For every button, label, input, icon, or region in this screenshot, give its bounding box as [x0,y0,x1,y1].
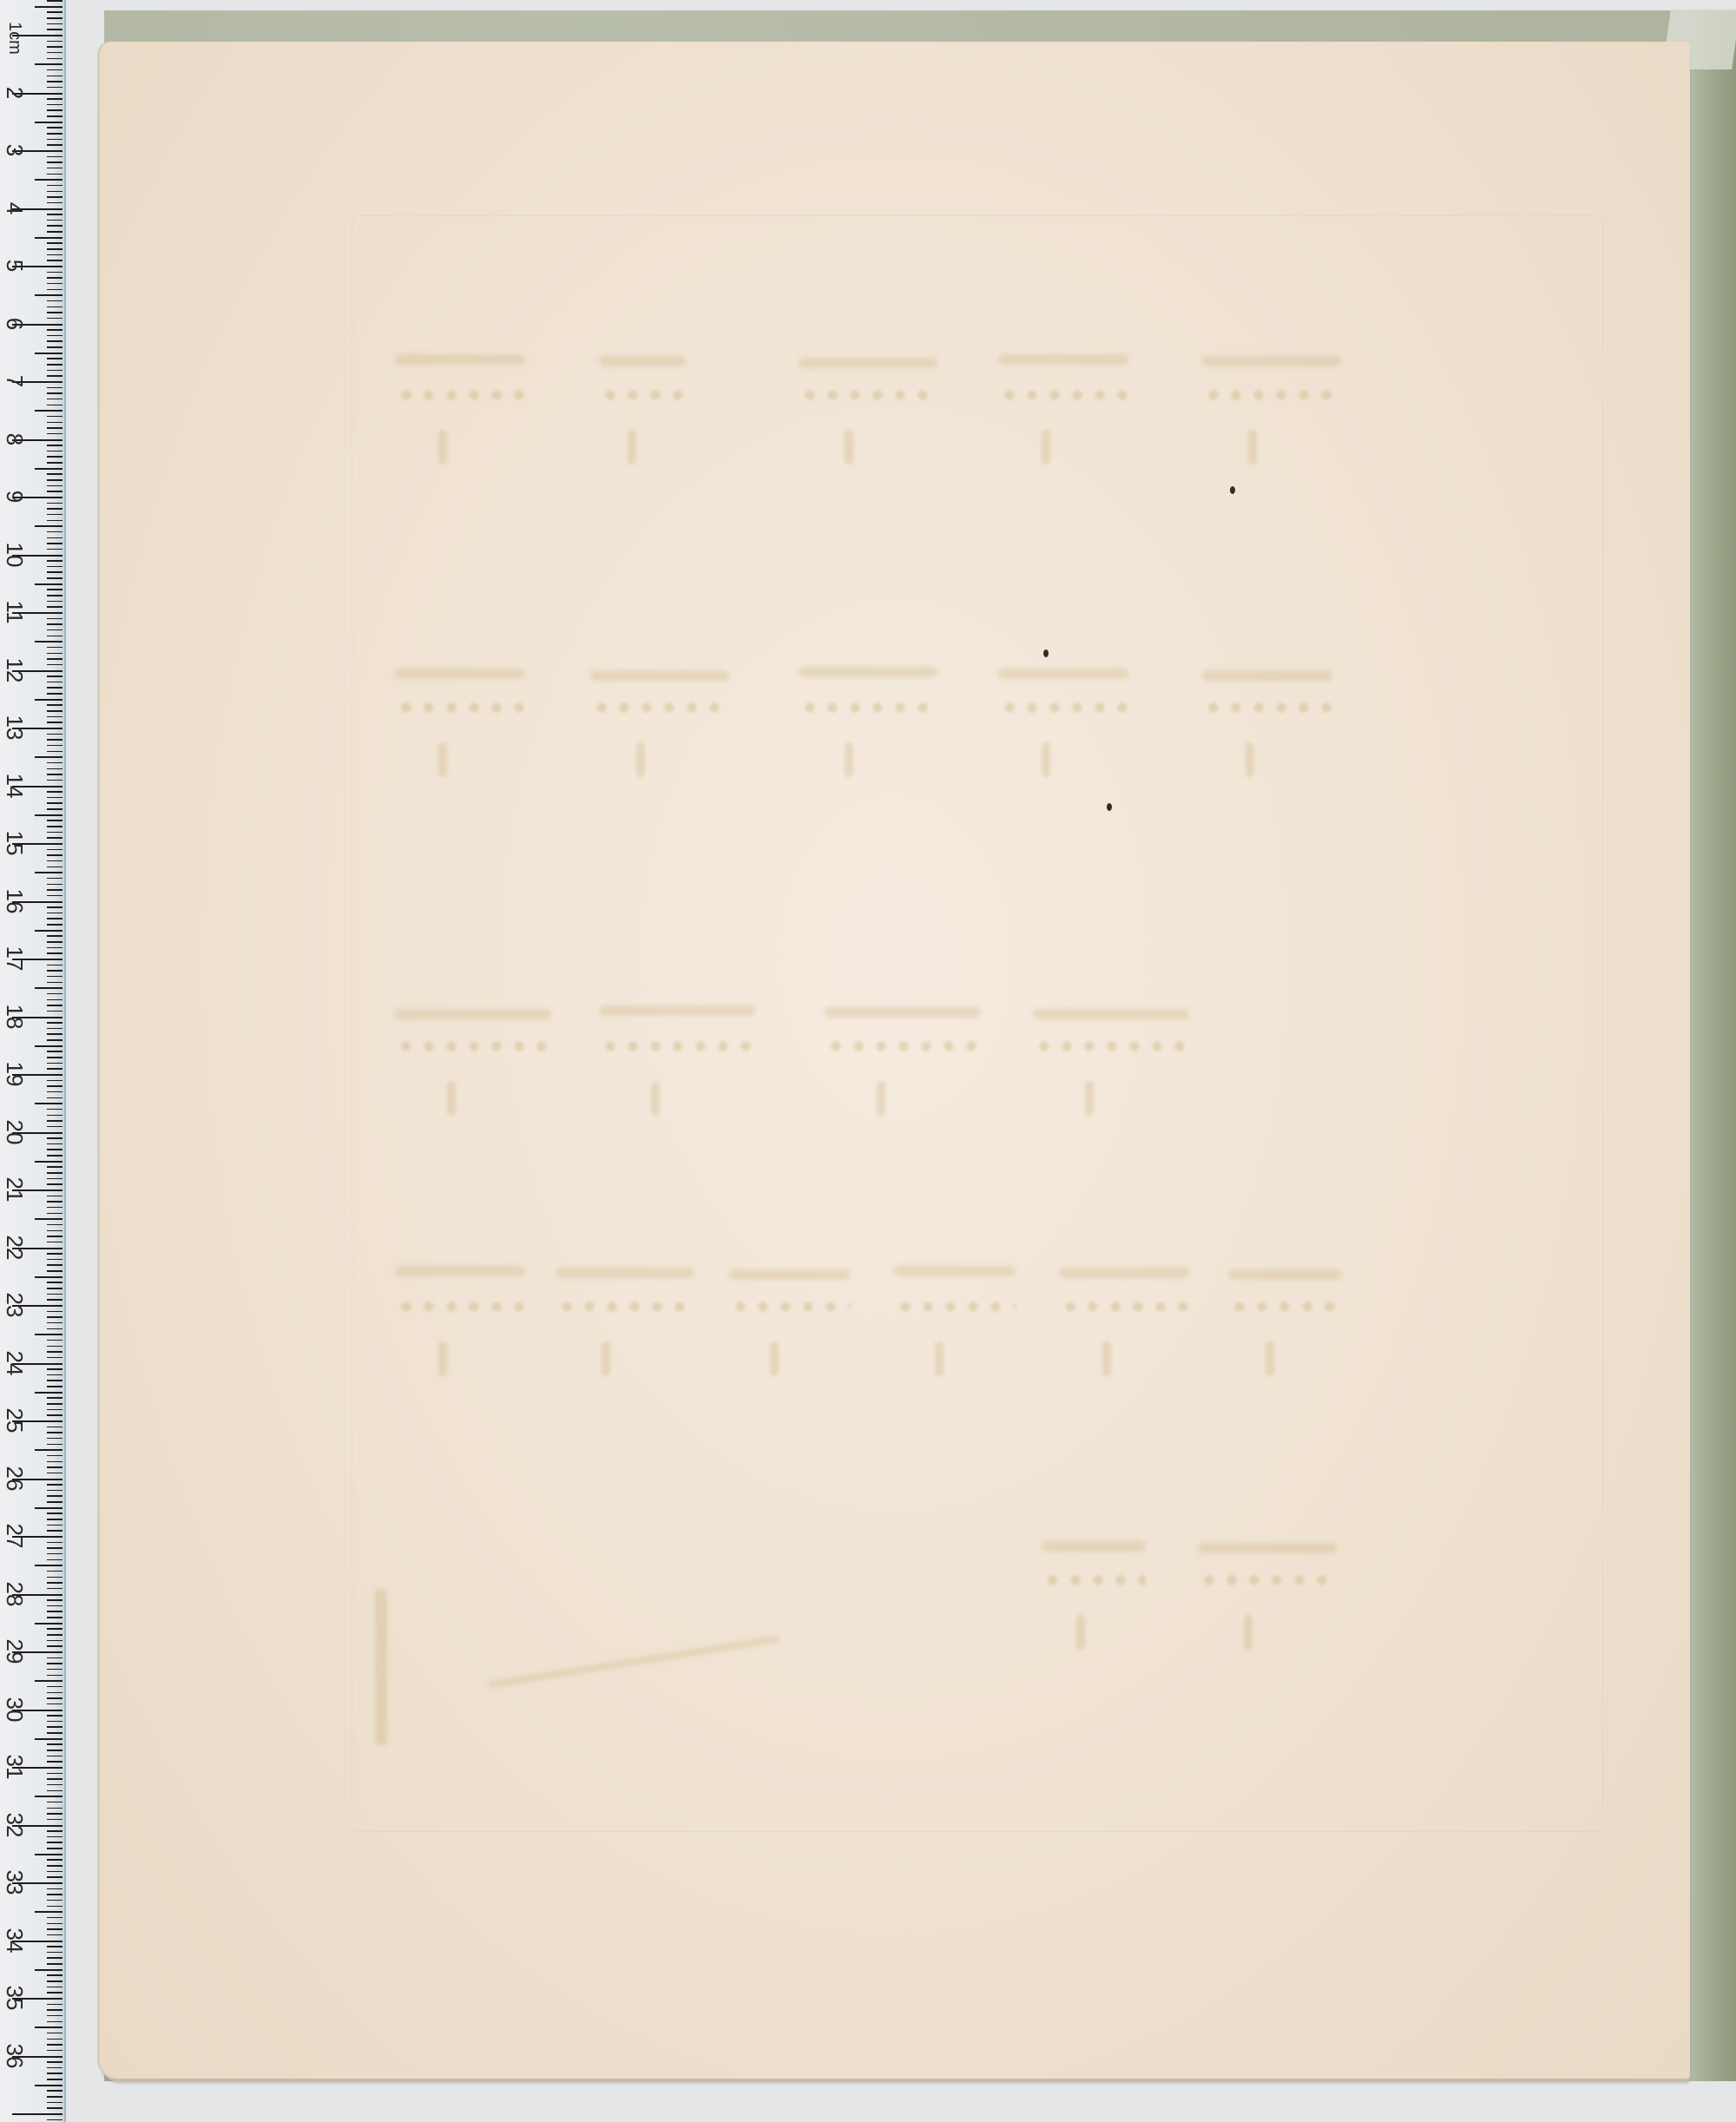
ruler-number: 29 [3,1638,26,1664]
ruler-tick [47,636,62,637]
ruler-tick [47,2021,62,2023]
ruler-tick [35,353,62,354]
ruler-number: 19 [3,1061,26,1087]
ruler-tick [47,2009,62,2011]
ruler-tick [47,1582,62,1584]
ruler-tick [35,1738,62,1740]
ruler-tick [47,1501,62,1503]
ruler-tick [47,1178,62,1180]
stem-show-through [1042,430,1050,465]
beam-show-through [395,669,525,679]
ruler-tick [47,2102,62,2104]
ruler-tick [47,1894,62,1895]
ruler-tick [47,1842,62,1843]
stem-show-through [438,742,447,777]
ruler-tick [47,1946,62,1947]
bracket-show-through [375,1589,387,1745]
ruler-tick [47,69,62,71]
stem-show-through [1085,1081,1094,1116]
ruler-tick [35,930,62,932]
notehead-show-through [590,702,729,714]
ruler-tick [47,1414,62,1416]
beam-show-through [998,354,1128,365]
ruler-number: 25 [3,1407,26,1433]
ruler-tick [35,122,62,123]
ruler-tick [47,854,62,856]
ruler-tick [35,63,62,65]
stem-show-through [1244,1615,1253,1650]
ruler-tick [35,1911,62,1913]
ruler-tick [47,1196,62,1197]
ruler-number: 2 [3,80,26,106]
ruler-tick [47,1704,62,1705]
ruler-tick [47,2044,62,2046]
ruler-tick [47,1259,62,1261]
ruler-tick [47,1022,62,1024]
notehead-show-through [799,702,937,714]
ruler-tick [35,6,62,8]
ruler-tick [47,2004,62,2006]
ruler-tick [47,1213,62,1215]
ruler-tick [47,658,62,660]
ruler-tick [47,225,62,227]
ruler-tick [47,248,62,250]
ruler-tick [35,2085,62,2086]
ruler-tick [47,1380,62,1381]
ruler-tick [47,196,62,198]
ruler-tick [47,399,62,400]
stem-show-through [602,1341,610,1376]
ruler-number: 16 [3,888,26,914]
ruler-tick [47,1461,62,1463]
notehead-show-through [998,702,1128,714]
stem-show-through [1246,742,1254,777]
ruler-tick [47,312,62,313]
ruler-tick [47,1865,62,1867]
ruler-tick [47,935,62,937]
ruler-tick [47,41,62,43]
ruler-tick [47,952,62,954]
ruler-tick [47,722,62,723]
notehead-show-through [1202,702,1332,714]
ruler-tick [47,1900,62,1901]
ruler-tick [47,982,62,984]
ruler-tick [47,289,62,291]
ruler-tick [35,525,62,527]
ruler-tick [47,1802,62,1803]
ruler-tick [47,1166,62,1168]
ruler-tick [47,508,62,510]
ruler-tick [47,191,62,193]
notehead-show-through [1228,1301,1341,1313]
ruler-tick [47,1063,62,1064]
ruler-tick [47,1409,62,1411]
ruler-tick [47,970,62,972]
ruler-tick [47,1109,62,1110]
ruler-tick [47,23,62,25]
ruler-tick [35,1507,62,1509]
ruler-tick [35,410,62,412]
ruler-tick [47,329,62,331]
ruler-tick [47,1605,62,1607]
ruler-tick [47,1743,62,1745]
ruler-tick [47,1559,62,1561]
ruler-tick [47,1813,62,1815]
ruler-number: 18 [3,1004,26,1030]
ruler-tick [47,965,62,966]
ruler-tick [47,272,62,273]
ruler-tick [47,571,62,573]
ruler-number: 8 [3,426,26,452]
ruler-tick [47,2079,62,2080]
ruler-tick [47,1721,62,1723]
ruler-tick [47,802,62,804]
ruler-tick [47,514,62,516]
ruler-tick [47,1686,62,1688]
ruler-tick [47,2119,62,2121]
stem-show-through [770,1341,779,1376]
foxing-speck [1230,486,1235,494]
ruler-number: 26 [3,1466,26,1492]
notehead-show-through [599,389,686,401]
ruler-tick [35,1103,62,1104]
ruler-tick [47,768,62,770]
ruler-tick [47,1316,62,1318]
ruler-number: 4 [3,195,26,221]
ruler-tick [47,405,62,406]
ruler-tick [35,179,62,181]
ruler-tick [47,1715,62,1717]
ruler-tick [47,577,62,579]
measuring-ruler: 1cm2345678910111213141516171819202122232… [0,0,66,2122]
ruler-tick [35,1565,62,1566]
ruler-tick [47,999,62,1001]
beam-show-through [599,356,686,366]
ruler-tick [35,1334,62,1335]
ruler-number: 5 [3,253,26,279]
ruler-number: 22 [3,1235,26,1261]
ruler-number: 27 [3,1523,26,1549]
ruler-tick [47,762,62,764]
ruler-tick [47,1663,62,1664]
ruler-tick [47,687,62,689]
stem-show-through [636,742,645,777]
ruler-tick [47,2015,62,2017]
ruler-tick [47,924,62,926]
ruler-tick [47,17,62,19]
ruler-tick [47,2073,62,2074]
ruler-number: 10 [3,542,26,568]
ruler-tick [47,1819,62,1821]
ruler-tick [47,503,62,504]
ruler-tick [35,237,62,239]
ruler-tick [47,283,62,285]
ruler-number: 12 [3,657,26,683]
ruler-tick [47,370,62,372]
ruler-tick [47,1340,62,1341]
ruler-tick [47,1657,62,1659]
ruler-number: 31 [3,1754,26,1780]
ruler-tick [47,1645,62,1647]
ruler-tick [47,1888,62,1890]
ruler-tick [47,1952,62,1954]
ruler-tick [47,1697,62,1699]
ruler-tick [47,29,62,30]
ruler-tick [35,1680,62,1682]
ruler-tick [47,1495,62,1497]
ruler-tick [47,1005,62,1006]
ruler-tick [47,1288,62,1289]
ruler-tick [47,1236,62,1237]
ruler-tick [47,889,62,891]
ruler-tick [47,549,62,550]
ruler-tick [47,849,62,851]
ruler-tick [47,1264,62,1266]
ruler-tick [47,58,62,60]
notehead-show-through [599,1040,755,1052]
ruler-tick [35,987,62,989]
ruler-tick [47,1732,62,1734]
ruler-tick [47,346,62,348]
ruler-number: 1cm [3,22,26,48]
ruler-tick [47,1987,62,1988]
foxing-speck [1043,649,1049,657]
ruler-tick [47,791,62,793]
ruler-tick [47,1201,62,1203]
ruler-tick [47,52,62,54]
ruler-tick [47,1455,62,1457]
ruler-tick [47,531,62,533]
ruler-tick [47,1091,62,1093]
ruler-tick [47,2107,62,2109]
ruler-tick [35,1045,62,1047]
ruler-tick [35,1276,62,1278]
ruler-tick [47,826,62,827]
ruler-number: 35 [3,1985,26,2011]
ruler-tick [47,1155,62,1157]
ruler-tick [47,1588,62,1590]
ruler-tick [47,1542,62,1544]
ruler-tick [35,2026,62,2028]
stem-show-through [1042,742,1050,777]
ruler-number: 32 [3,1812,26,1838]
ruler-tick [47,115,62,117]
ruler-tick [47,1299,62,1301]
ruler-tick [47,774,62,775]
ruler-tick [47,1397,62,1399]
ruler-tick [47,1692,62,1694]
ruler-tick [47,1374,62,1376]
ruler-tick [35,1392,62,1394]
ruler-tick [47,664,62,666]
ruler-tick [47,832,62,834]
beam-show-through [825,1007,981,1018]
ruler-tick [47,1848,62,1849]
ruler-tick [47,76,62,77]
beam-show-through [1059,1268,1189,1278]
notehead-show-through [894,1301,1016,1313]
ruler-tick [47,710,62,712]
ruler-tick [47,1611,62,1612]
ruler-tick [47,1963,62,1965]
ruler-tick [47,595,62,596]
ruler-tick [47,1923,62,1925]
ruler-number: 9 [3,484,26,510]
ruler-tick [47,451,62,452]
ruler-tick [47,941,62,943]
ruler-tick [47,1790,62,1792]
ruler-tick [47,734,62,735]
ruler-tick [47,606,62,608]
ruler-tick [47,820,62,821]
stem-show-through [438,430,447,465]
ruler-number: 3 [3,137,26,163]
beam-show-through [395,1009,551,1019]
ruler-tick [47,1957,62,1959]
beam-show-through [556,1268,694,1278]
ruler-tick [47,1282,62,1283]
ruler-tick [47,1230,62,1232]
ruler-tick [47,1547,62,1549]
beam-show-through [395,1266,525,1276]
ruler-number: 36 [3,2043,26,2069]
ruler-tick [47,653,62,655]
notehead-show-through [1042,1574,1146,1586]
ruler-tick [47,1836,62,1838]
beam-show-through [729,1269,851,1280]
stem-show-through [877,1081,885,1116]
ruler-tick [47,1085,62,1087]
ruler-tick [47,427,62,429]
ruler-tick [47,1143,62,1145]
ruler-tick [47,1512,62,1514]
ruler-tick [47,445,62,446]
ruler-tick [35,1218,62,1220]
ruler-tick [47,1525,62,1526]
ruler-tick [47,1871,62,1873]
ruler-tick [47,11,62,13]
ruler-number: 21 [3,1176,26,1203]
ruler-tick [47,1137,62,1139]
ruler-number: 13 [3,715,26,741]
beam-show-through [1042,1541,1146,1552]
ruler-tick [47,647,62,649]
ruler-tick [47,254,62,256]
ruler-tick [47,1634,62,1636]
ruler-tick [35,1796,62,1797]
ruler-tick [47,1183,62,1185]
ruler-tick [47,884,62,886]
ruler-tick [47,918,62,919]
ruler-tick [47,1726,62,1728]
beam-show-through [590,670,729,681]
ruler-tick [47,1033,62,1035]
ruler-tick [47,2061,62,2063]
ruler-tick [47,589,62,590]
ruler-tick [47,277,62,279]
ruler-tick [47,693,62,695]
ruler-tick [12,2113,62,2115]
ruler-tick [47,739,62,741]
ruler-tick [47,144,62,146]
stem-show-through [845,430,853,465]
ruler-tick [47,1294,62,1295]
ruler-number: 7 [3,368,26,394]
beam-show-through [799,667,937,677]
notehead-show-through [1198,1574,1337,1586]
stem-show-through [1248,430,1257,465]
ruler-tick [47,1242,62,1243]
notehead-show-through [395,702,525,714]
ruler-tick [47,1432,62,1433]
ruler-tick [47,300,62,302]
beam-show-through [799,358,937,368]
ruler-tick [47,675,62,677]
ruler-tick [47,1322,62,1324]
ruler-tick [47,242,62,244]
ruler-tick [47,491,62,492]
ruler-tick [47,340,62,342]
ruler-tick [35,1854,62,1855]
ruler-tick [47,1859,62,1861]
ruler-tick [35,641,62,643]
ruler-number: 20 [3,1119,26,1145]
ruler-tick [47,1628,62,1630]
ruler-number: 23 [3,1292,26,1318]
ruler-tick [47,1974,62,1976]
ruler-tick [47,808,62,810]
stem-show-through [628,430,636,465]
ruler-tick [47,473,62,475]
ruler-tick [47,174,62,175]
ruler-tick [47,306,62,308]
ruler-tick [47,46,62,48]
beam-show-through [894,1266,1016,1276]
ruler-tick [47,1778,62,1780]
ruler-tick [47,387,62,389]
ruler-tick [47,1011,62,1012]
ruler-tick [47,2050,62,2052]
ruler-tick [47,416,62,418]
ruler-tick [47,860,62,862]
stem-show-through [1076,1615,1085,1650]
ruler-tick [47,1028,62,1030]
ruler-tick [35,294,62,296]
ruler-tick [47,185,62,187]
ruler-tick [35,756,62,758]
ruler-tick [47,867,62,868]
ruler-tick [47,81,62,82]
ruler-tick [47,1530,62,1532]
ruler-tick [35,583,62,585]
ruler-tick [47,623,62,625]
ruler-tick [47,2090,62,2092]
ruler-tick [47,358,62,359]
notehead-show-through [395,1040,551,1052]
ruler-tick [47,109,62,111]
ruler-tick [47,629,62,631]
ruler-tick [47,704,62,706]
ruler-tick [47,976,62,978]
ruler-tick [47,1992,62,1993]
ruler-tick [47,422,62,424]
ruler-tick [47,1830,62,1832]
ruler-tick [47,1928,62,1930]
ruler-number: 24 [3,1350,26,1376]
ruler-tick [47,1224,62,1226]
ruler-tick [47,1115,62,1117]
ruler-tick [47,947,62,949]
